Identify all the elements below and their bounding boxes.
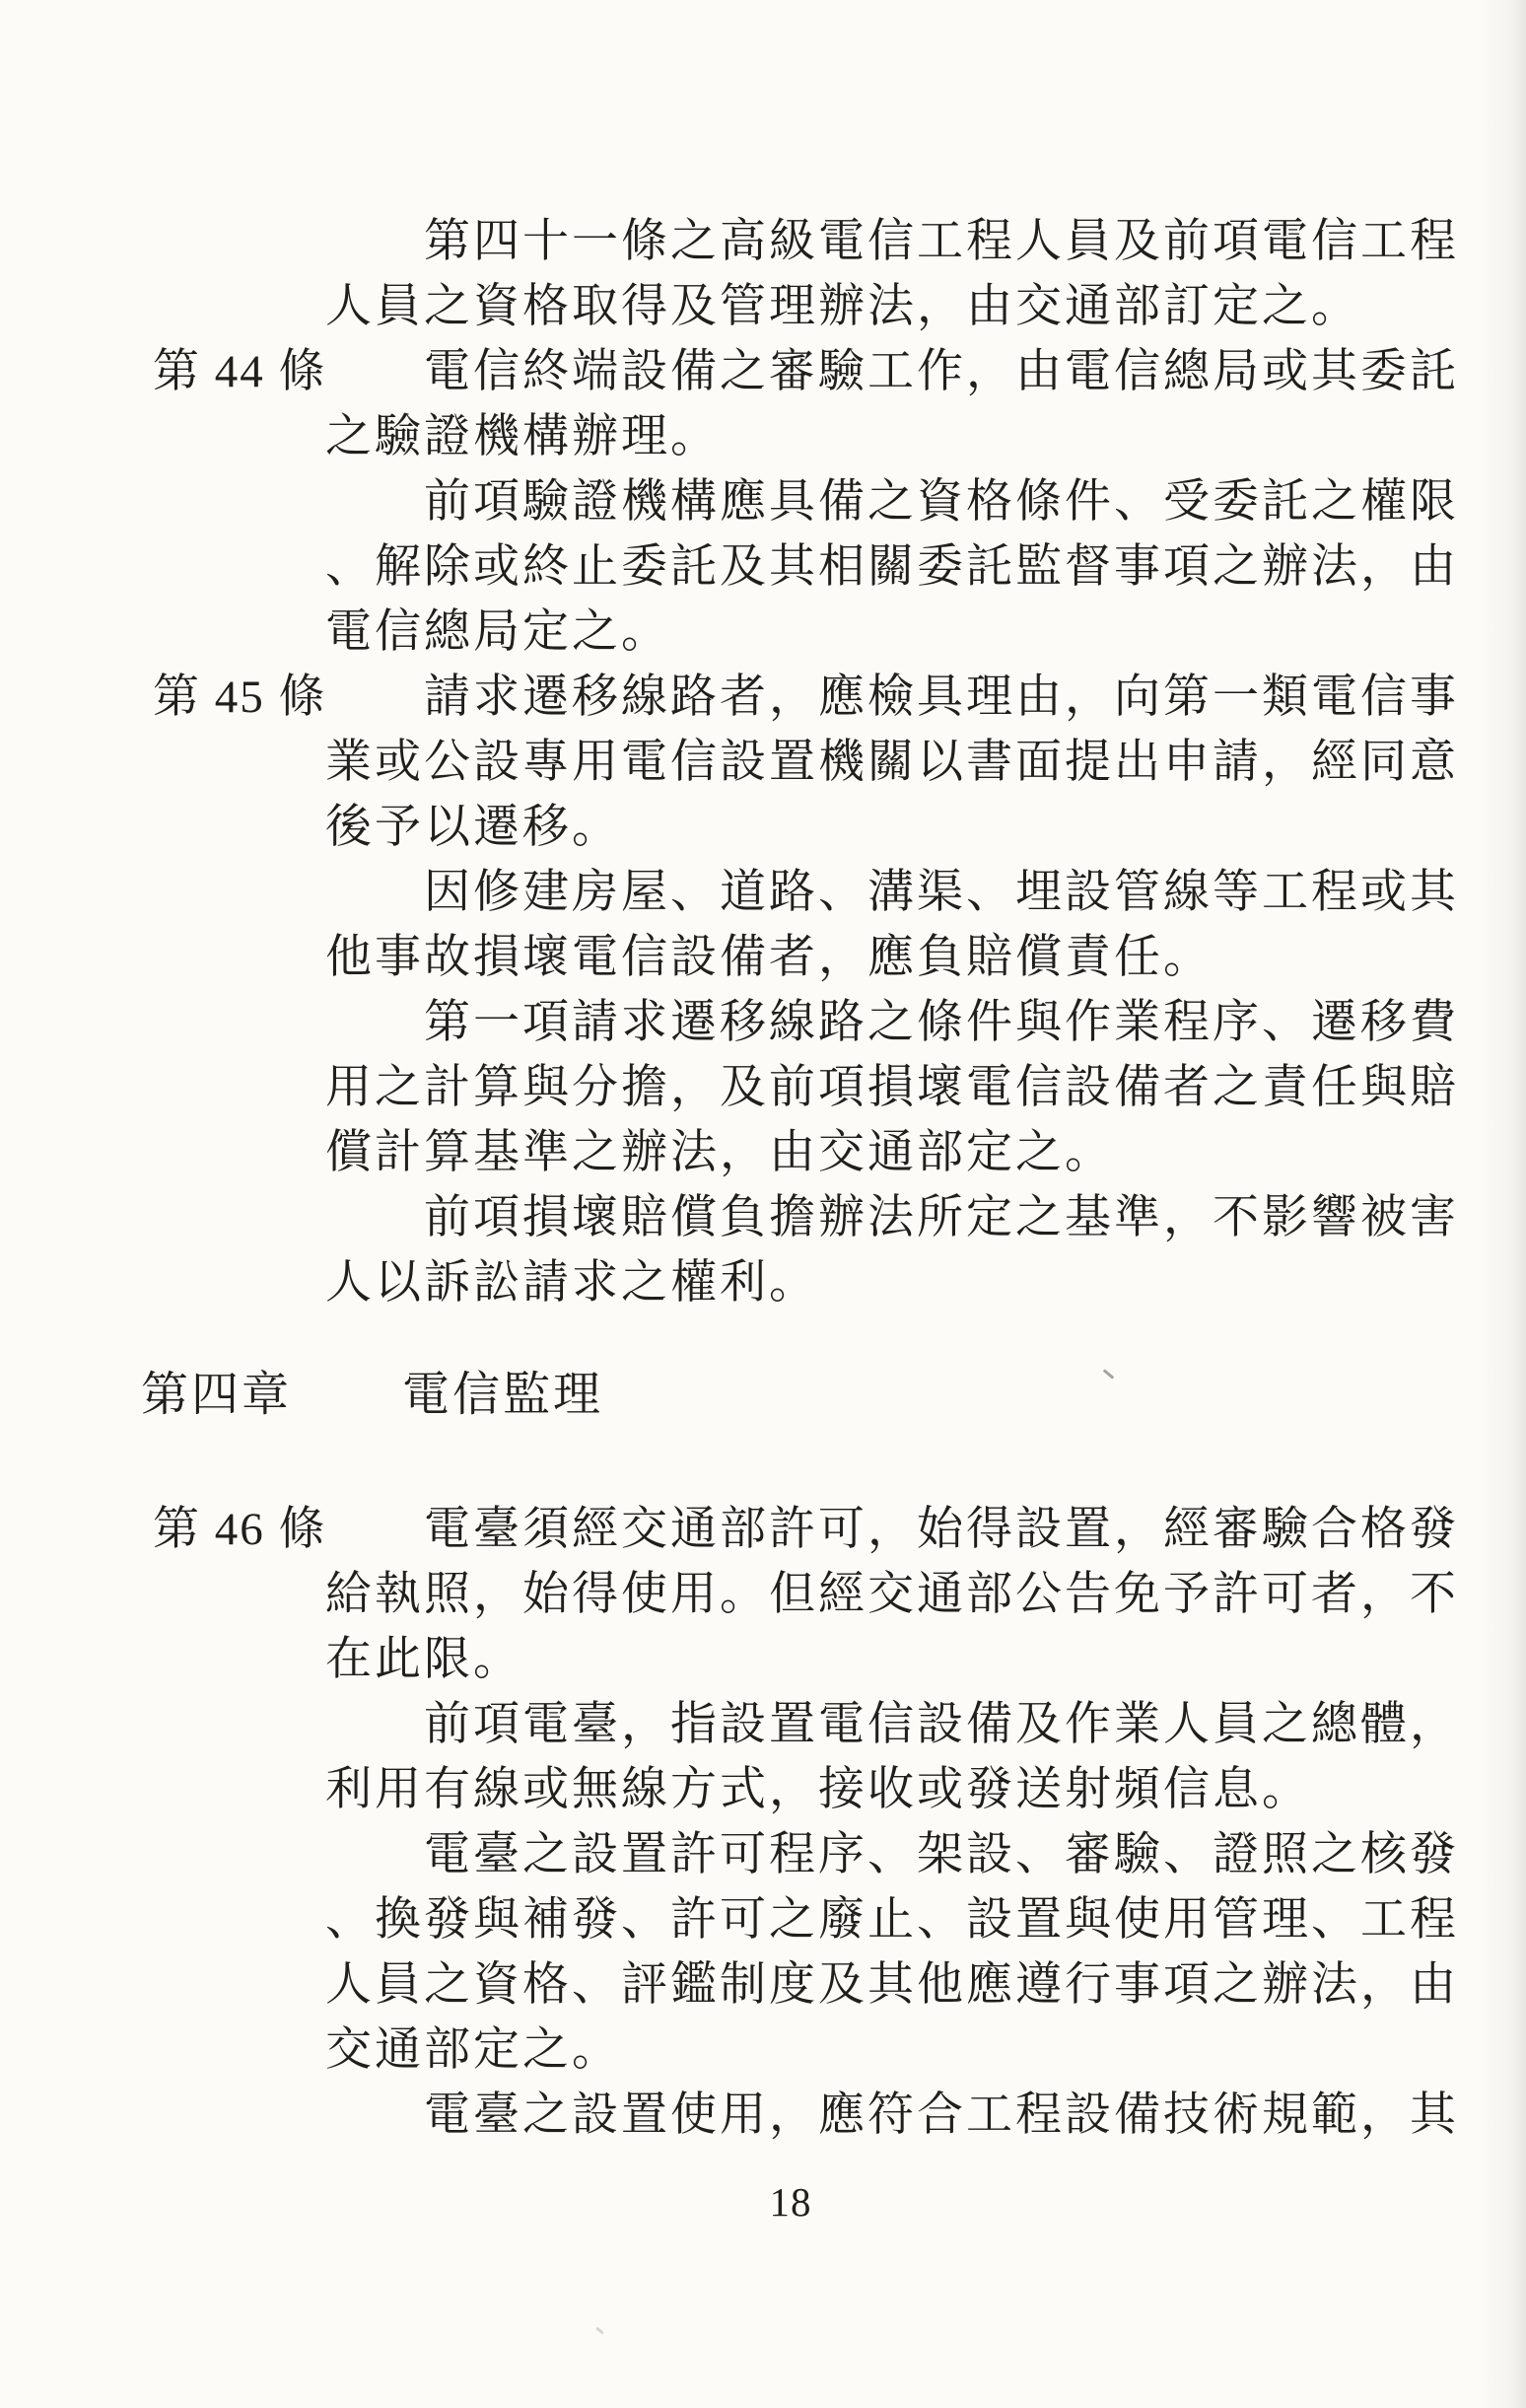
text-line: 業或公設專用電信設置機關以書面提出申請，經同意 (0, 730, 1526, 795)
article-44: 第 44 條 電信終端設備之審驗工作，由電信總局或其委託 之驗證機構辦理。 前項… (0, 339, 1526, 665)
chapter-heading: 第四章電信監理 (0, 1363, 1526, 1428)
text-line: 之驗證機構辦理。 (0, 404, 1526, 469)
chapter-number: 第四章 (141, 1369, 292, 1421)
article-45: 第 45 條 請求遷移線路者，應檢具理由，向第一類電信事 業或公設專用電信設置機… (0, 665, 1526, 1315)
text-line: 人以訴訟請求之權利。 (0, 1250, 1526, 1315)
text-line: 、換發與補發、許可之廢止、設置與使用管理、工程 (0, 1887, 1526, 1952)
scan-artifact (595, 2326, 604, 2334)
text-line: 他事故損壞電信設備者，應負賠償責任。 (0, 925, 1526, 990)
text-block: 第四十一條之高級電信工程人員及前項電信工程 人員之資格取得及管理辦法，由交通部訂… (0, 0, 1526, 2227)
text-line: 電臺須經交通部許可，始得設置，經審驗合格發 (424, 1504, 1459, 1555)
text-line: 交通部定之。 (0, 2018, 1526, 2083)
article-first-line: 第 45 條 請求遷移線路者，應檢具理由，向第一類電信事 (0, 665, 1526, 730)
article-45-label: 第 45 條 (153, 665, 327, 730)
text-line: 電臺之設置許可程序、架設、審驗、證照之核發 (0, 1822, 1526, 1887)
text-line: 給執照，始得使用。但經交通部公告免予許可者，不 (0, 1562, 1526, 1627)
article-44-label: 第 44 條 (153, 339, 327, 404)
article-46: 第 46 條 電臺須經交通部許可，始得設置，經審驗合格發 給執照，始得使用。但經… (0, 1497, 1526, 2148)
article-first-line: 第 44 條 電信終端設備之審驗工作，由電信總局或其委託 (0, 339, 1526, 404)
text-line: 人員之資格取得及管理辦法，由交通部訂定之。 (0, 274, 1526, 339)
text-line: 前項驗證機構應具備之資格條件、受委託之權限 (0, 469, 1526, 534)
text-line: 電信終端設備之審驗工作，由電信總局或其委託 (424, 346, 1459, 397)
text-line: 前項電臺，指設置電信設備及作業人員之總體， (0, 1692, 1526, 1757)
text-line: 因修建房屋、道路、溝渠、埋設管線等工程或其 (0, 860, 1526, 925)
text-line: 、解除或終止委託及其相關委託監督事項之辦法，由 (0, 534, 1526, 600)
text-line: 人員之資格、評鑑制度及其他應遵行事項之辦法，由 (0, 1952, 1526, 2018)
text-line: 第四十一條之高級電信工程人員及前項電信工程 (0, 209, 1526, 274)
text-line: 電信總局定之。 (0, 600, 1526, 665)
scanned-document-page: 第四十一條之高級電信工程人員及前項電信工程 人員之資格取得及管理辦法，由交通部訂… (0, 0, 1526, 2408)
article-46-label: 第 46 條 (153, 1497, 327, 1562)
text-line: 請求遷移線路者，應檢具理由，向第一類電信事 (424, 672, 1459, 723)
text-line: 第一項請求遷移線路之條件與作業程序、遷移費 (0, 990, 1526, 1055)
text-line: 電臺之設置使用，應符合工程設備技術規範，其 (0, 2083, 1526, 2148)
page-number: 18 (28, 2177, 1526, 2227)
text-line: 利用有線或無線方式，接收或發送射頻信息。 (0, 1757, 1526, 1822)
text-line: 後予以遷移。 (0, 795, 1526, 860)
text-line: 償計算基準之辦法，由交通部定之。 (0, 1120, 1526, 1185)
text-line: 在此限。 (0, 1627, 1526, 1692)
chapter-title: 電信監理 (402, 1369, 603, 1421)
text-line: 用之計算與分擔，及前項損壞電信設備者之責任與賠 (0, 1055, 1526, 1120)
carryover-paragraph: 第四十一條之高級電信工程人員及前項電信工程 人員之資格取得及管理辦法，由交通部訂… (0, 209, 1526, 339)
article-first-line: 第 46 條 電臺須經交通部許可，始得設置，經審驗合格發 (0, 1497, 1526, 1562)
text-line: 前項損壞賠償負擔辦法所定之基準，不影響被害 (0, 1185, 1526, 1250)
